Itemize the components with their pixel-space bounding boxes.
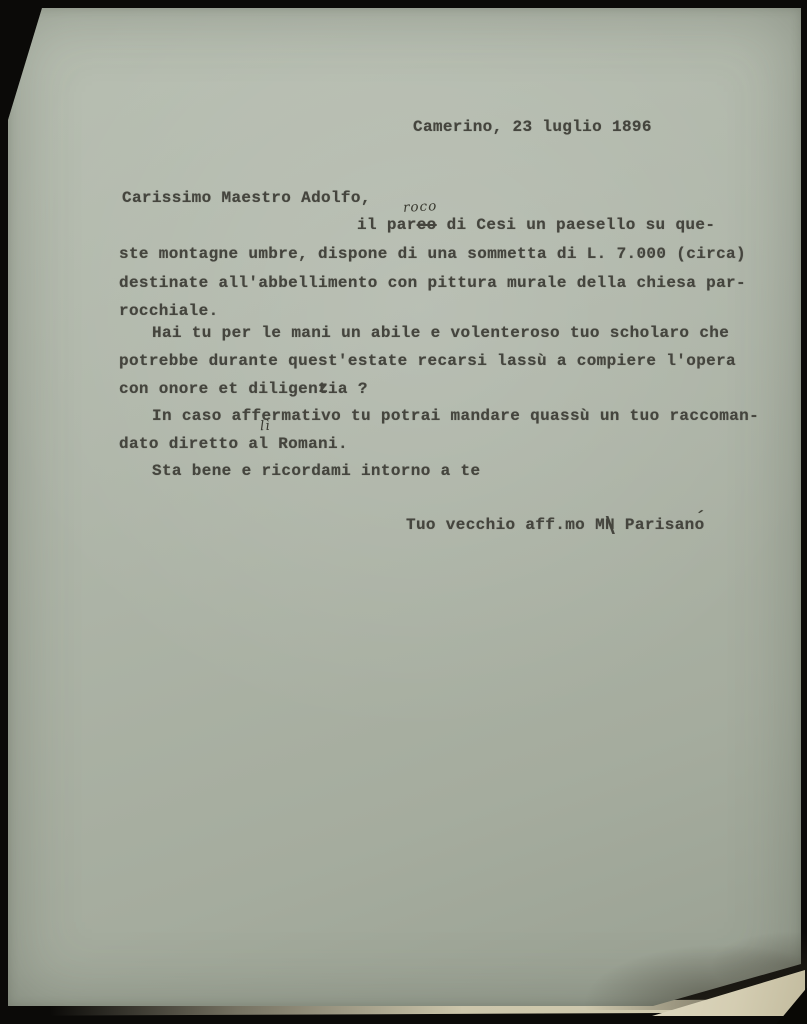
body-line-3: destinate all'abbellimento con pittura m… xyxy=(119,274,746,292)
struck-letters: eo xyxy=(417,216,437,234)
body-text: ia ? xyxy=(328,380,368,398)
overtyped-letter: z xyxy=(319,379,329,397)
body-text: con onore et diligen xyxy=(119,380,318,398)
overstrike-letter: tz xyxy=(318,380,328,398)
body-text: di Cesi un paesello su que- xyxy=(437,216,716,234)
signature-line: Tuo vecchio aff.mo MN Parisan´o xyxy=(406,514,705,534)
body-line-10: Sta bene e ricordami intorno a te xyxy=(152,462,480,480)
body-line-5: Hai tu per le mani un abile e volenteros… xyxy=(152,324,729,342)
body-line-9: dato diretto al Romani. xyxy=(119,435,348,453)
struck-letter: N xyxy=(605,516,615,534)
body-line-4: rocchiale. xyxy=(119,302,219,320)
closing-text: Parisan xyxy=(615,516,695,534)
salutation-line: Carissimo Maestro Adolfo, xyxy=(122,189,371,207)
date-line: Camerino, 23 luglio 1896 xyxy=(413,118,652,136)
body-line-8: In caso affermativo tu potrai mandare qu… xyxy=(152,407,759,425)
body-line-1: il pareo di Cesi un paesello su que- xyxy=(357,216,715,234)
handwritten-note-roco: roco xyxy=(403,198,438,216)
body-text: Romani. xyxy=(268,435,348,453)
body-text: il par xyxy=(357,216,417,234)
body-text: dato diretto al xyxy=(119,435,268,453)
letter-paper xyxy=(8,8,801,1006)
body-line-2: ste montagne umbre, dispone di una somme… xyxy=(119,245,746,263)
closing-text: Tuo vecchio aff.mo M xyxy=(406,516,605,534)
handwritten-note-li: lì xyxy=(260,418,271,435)
body-line-7: con onore et diligentzia ? xyxy=(119,380,368,398)
body-line-6: potrebbe durante quest'estate recarsi la… xyxy=(119,352,736,370)
scan-background: Camerino, 23 luglio 1896 Carissimo Maest… xyxy=(0,0,807,1024)
